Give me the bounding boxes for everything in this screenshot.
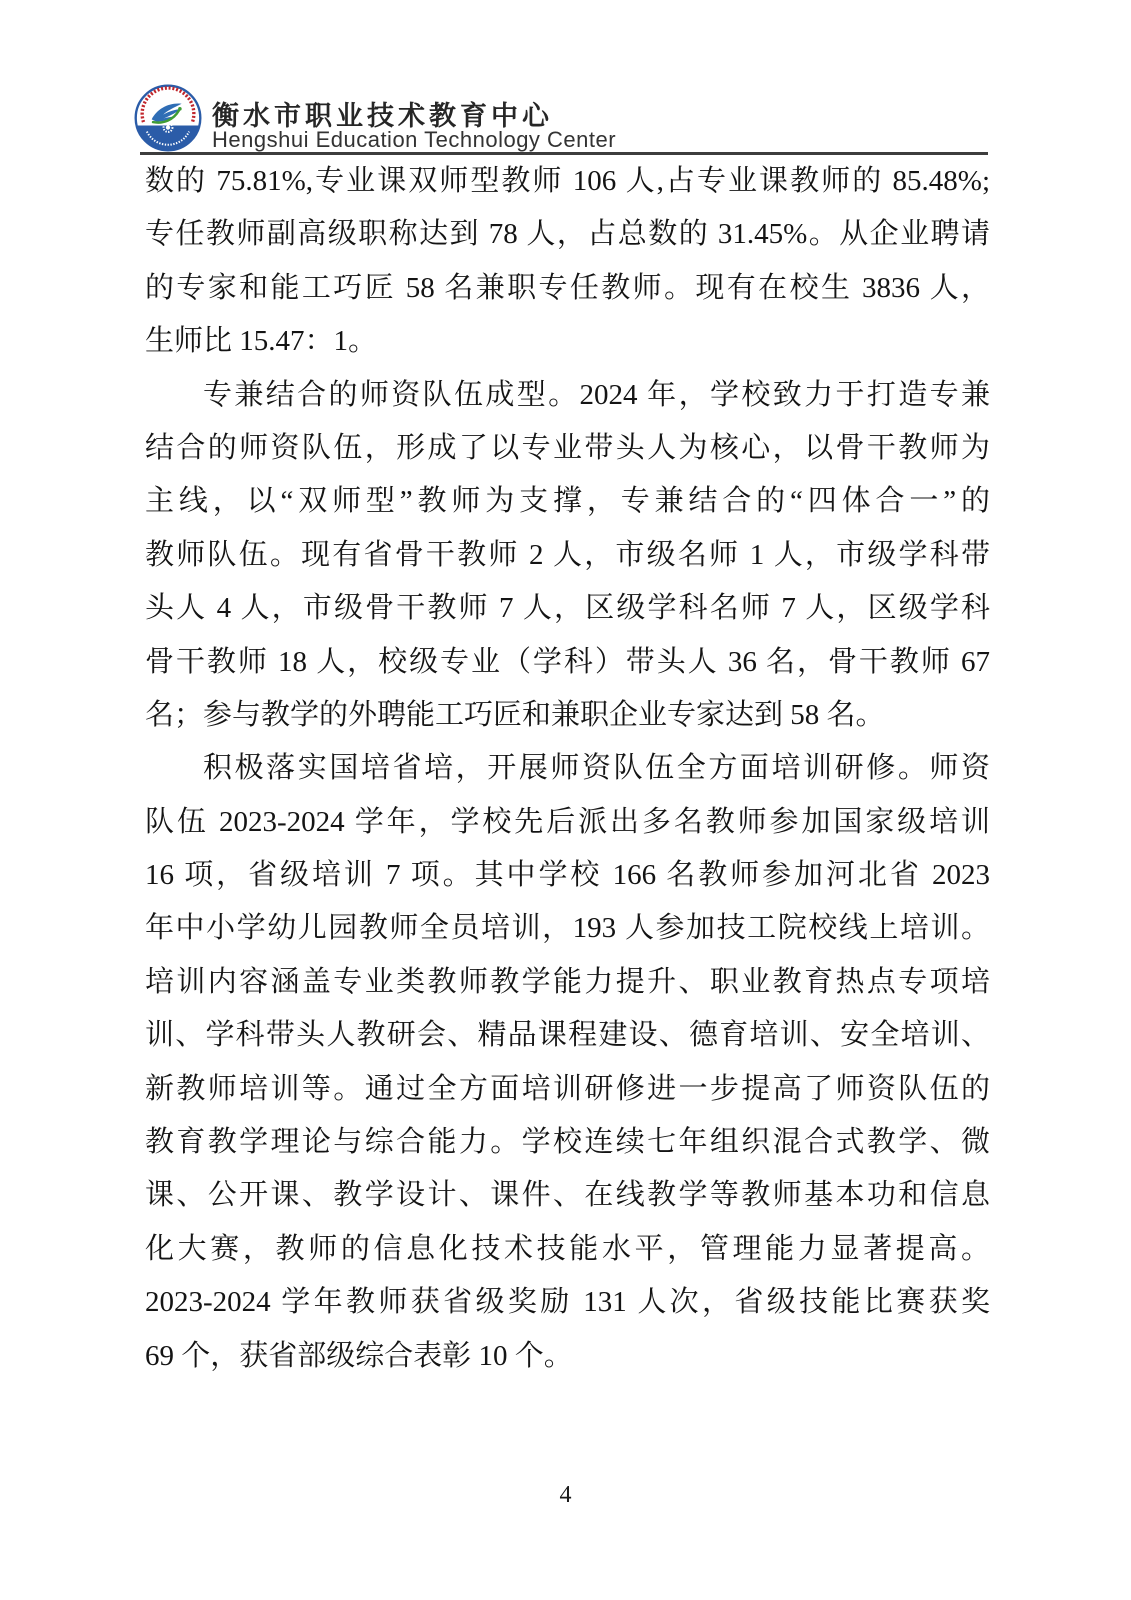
text-line: 积极落实国培省培，开展师资队伍全方面培训研修。师资	[145, 742, 990, 795]
logo-green-dot	[178, 107, 182, 111]
text-line: 骨干教师 18 人，校级专业（学科）带头人 36 名，骨干教师 67	[145, 636, 990, 689]
text-line: 数的 75.81%,专业课双师型教师 106 人,占专业课教师的 85.48%;	[145, 155, 990, 208]
text-line: 专任教师副高级职称达到 78 人，占总数的 31.45%。从企业聘请	[145, 208, 990, 261]
text-line: 2023-2024 学年教师获省级奖励 131 人次，省级技能比赛获奖	[145, 1276, 990, 1329]
document-page: 衡水市职业技术教育中心 Hengshui Education Technolog…	[0, 0, 1131, 1600]
text-line: 训、学科带头人教研会、精品课程建设、德育培训、安全培训、	[145, 1009, 990, 1062]
text-line: 结合的师资队伍，形成了以专业带头人为核心，以骨干教师为	[145, 422, 990, 475]
text-line: 专兼结合的师资队伍成型。2024 年，学校致力于打造专兼	[145, 369, 990, 422]
text-line: 16 项，省级培训 7 项。其中学校 166 名教师参加河北省 2023	[145, 849, 990, 902]
text-line: 队伍 2023-2024 学年，学校先后派出多名教师参加国家级培训	[145, 796, 990, 849]
text-line: 培训内容涵盖专业类教师教学能力提升、职业教育热点专项培	[145, 956, 990, 1009]
text-line: 头人 4 人，市级骨干教师 7 人，区级学科名师 7 人，区级学科	[145, 582, 990, 635]
text-line: 教育教学理论与综合能力。学校连续七年组织混合式教学、微	[145, 1116, 990, 1169]
school-logo-icon	[134, 84, 202, 152]
text-line: 年中小学幼儿园教师全员培训，193 人参加技工院校线上培训。	[145, 902, 990, 955]
text-line: 课、公开课、教学设计、课件、在线教学等教师基本功和信息	[145, 1169, 990, 1222]
text-line: 主线，以“双师型”教师为支撑，专兼结合的“四体合一”的	[145, 475, 990, 528]
text-line: 教师队伍。现有省骨干教师 2 人，市级名师 1 人，市级学科带	[145, 529, 990, 582]
document-body: 数的 75.81%,专业课双师型教师 106 人,占专业课教师的 85.48%;…	[145, 155, 990, 1383]
org-name-english: Hengshui Education Technology Center	[212, 127, 616, 153]
text-line: 化大赛，教师的信息化技术技能水平，管理能力显著提高。	[145, 1223, 990, 1276]
text-line: 新教师培训等。通过全方面培训研修进一步提高了师资队伍的	[145, 1063, 990, 1116]
text-line: 69 个，获省部级综合表彰 10 个。	[145, 1330, 990, 1383]
page-number: 4	[0, 1482, 1131, 1509]
text-line: 名；参与教学的外聘能工巧匠和兼职企业专家达到 58 名。	[145, 689, 990, 742]
text-line: 的专家和能工巧匠 58 名兼职专任教师。现有在校生 3836 人，	[145, 262, 990, 315]
text-line: 生师比 15.47：1。	[145, 315, 990, 368]
logo-gear-hub	[166, 125, 170, 129]
